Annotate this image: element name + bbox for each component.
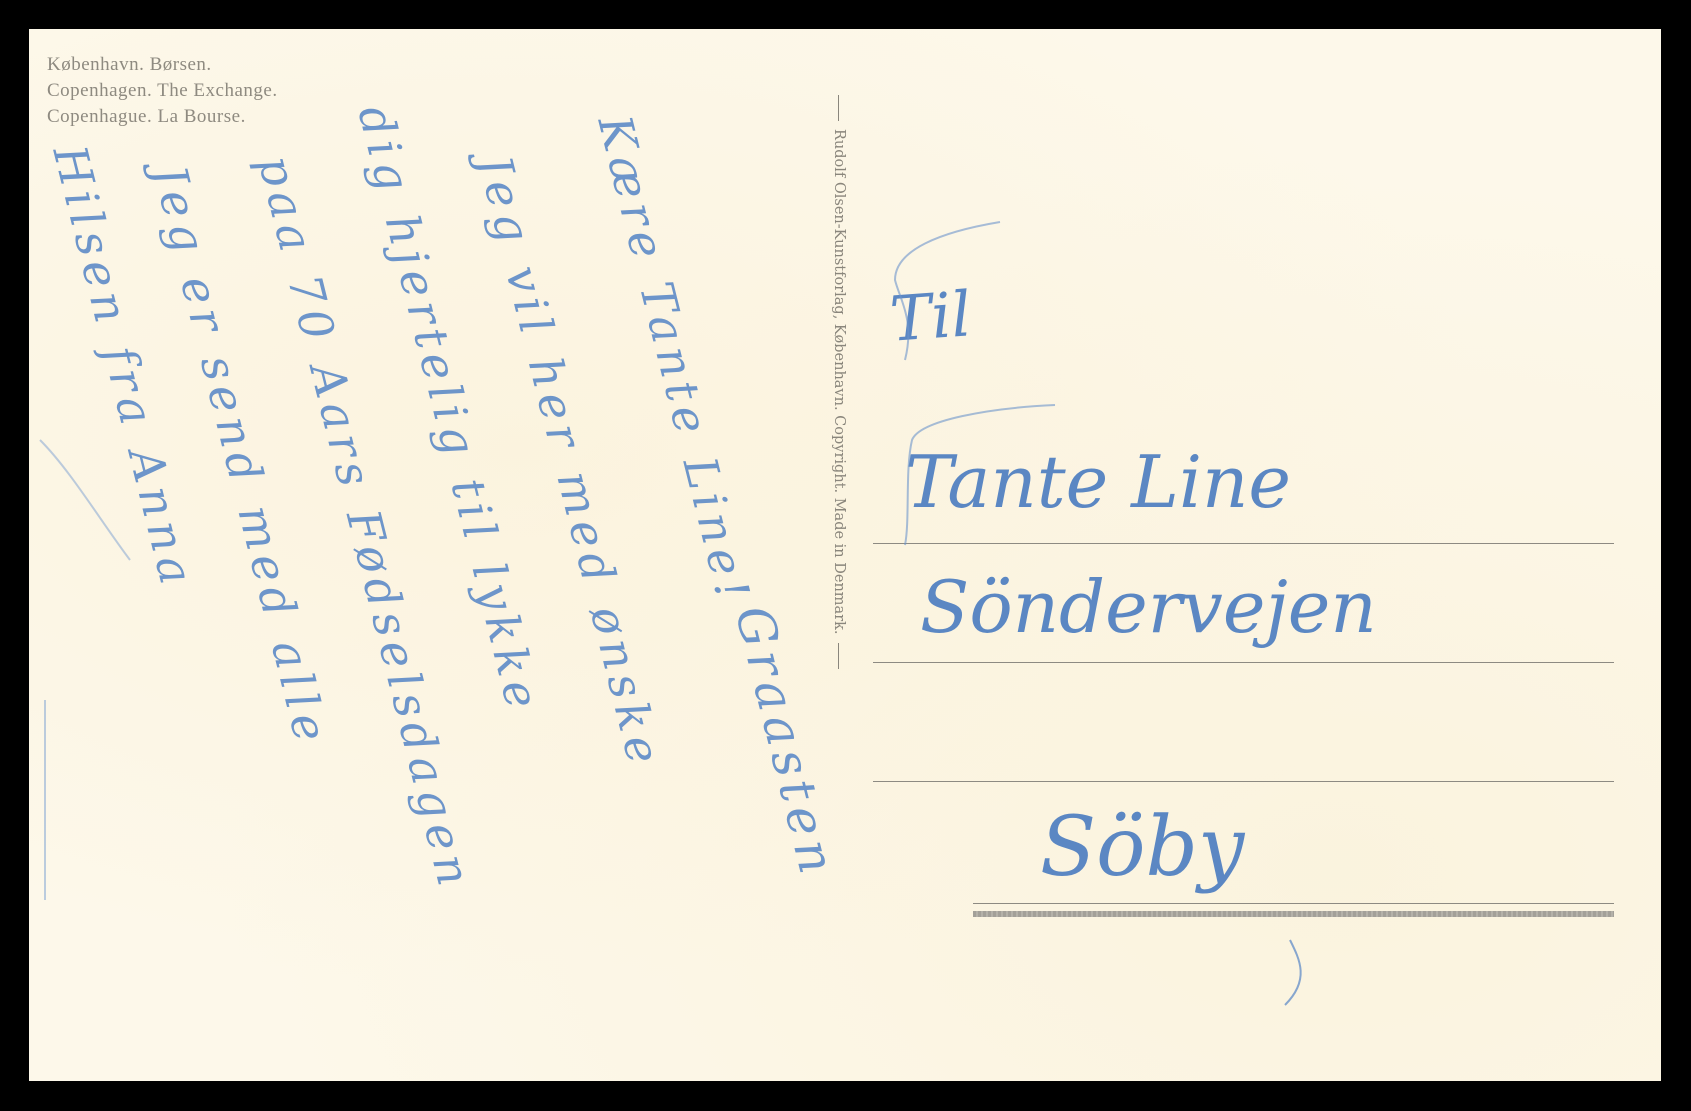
address-rule-double bbox=[973, 911, 1614, 917]
address-line3: Söby bbox=[1040, 800, 1244, 895]
caption-danish: København. Børsen. bbox=[47, 52, 278, 78]
address-prefix: Til bbox=[888, 277, 974, 355]
divider-dash-start bbox=[839, 95, 840, 121]
caption-french: Copenhague. La Bourse. bbox=[47, 104, 278, 130]
address-rule-3 bbox=[873, 781, 1614, 782]
caption-english: Copenhagen. The Exchange. bbox=[47, 78, 278, 104]
address-line2: Söndervejen bbox=[920, 565, 1377, 649]
address-line1: Tante Line bbox=[905, 440, 1291, 524]
printed-caption: København. Børsen. Copenhagen. The Excha… bbox=[47, 52, 278, 130]
address-rule-4 bbox=[973, 903, 1614, 904]
address-rule-1 bbox=[873, 543, 1614, 544]
address-rule-2 bbox=[873, 662, 1614, 663]
divider-dash-end bbox=[839, 643, 840, 669]
publisher-imprint: Rudolf Olsen-Kunstforlag, København. Cop… bbox=[831, 129, 847, 635]
